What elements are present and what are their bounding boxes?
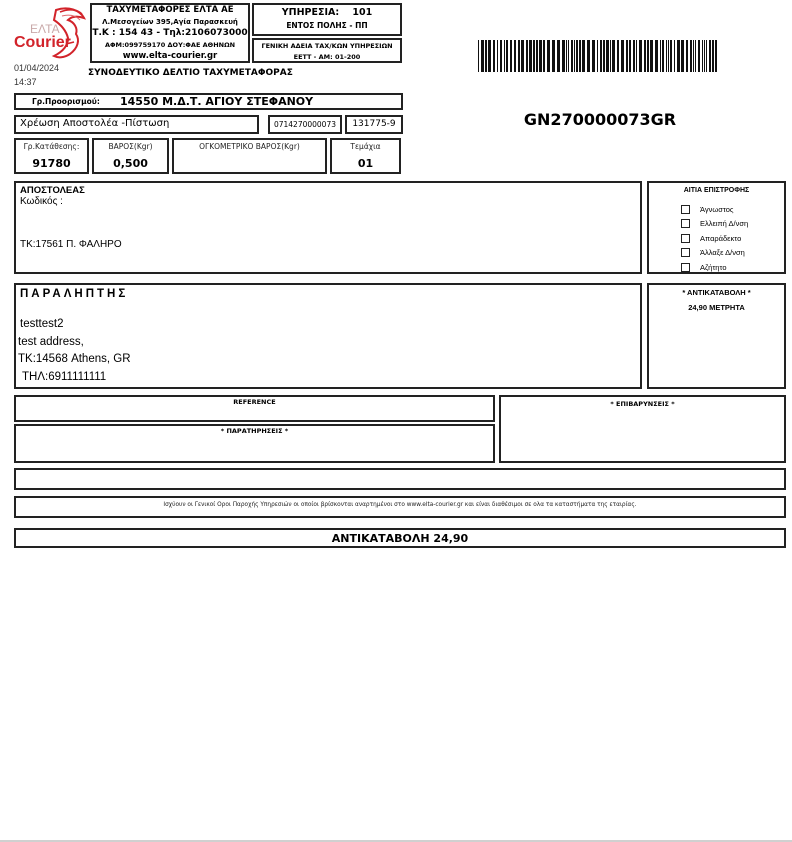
recipient-postal: ΤΚ:14568 Athens, GR — [18, 352, 131, 366]
reference-box: REFERENCE — [14, 395, 495, 422]
recipient-title: ΠΑΡΑΛΗΠΤΗΣ — [20, 288, 128, 300]
return-reasons-box: ΑΙΤΙΑ ΕΠΙΣΤΡΟΦΗΣ ΆγνωστοςΕλλειπή Δ/νσηΑπ… — [647, 181, 786, 274]
recipient-phone: ΤΗΛ:6911111111 — [22, 370, 106, 384]
return-reason-item[interactable]: Άγνωστος — [681, 203, 734, 215]
notes-box: * ΠΑΡΑΤΗΡΗΣΕΙΣ * — [14, 424, 495, 463]
company-name: ΤΑΧΥΜΕΤΑΦΟΡΕΣ ΕΛΤΑ ΑΕ — [92, 5, 248, 17]
return-reason-label: Άγνωστος — [700, 205, 734, 214]
recipient-address: test address, — [18, 335, 84, 349]
barcode — [476, 40, 720, 72]
return-reason-item[interactable]: Ελλειπή Δ/νση — [681, 218, 748, 230]
tracking-number: GN270000073GR — [470, 110, 730, 129]
service-number: 101 — [352, 7, 372, 18]
deposit-office-label: Γρ.Κατάθεσης: — [16, 142, 87, 151]
license-line2: ΕΕΤΤ - ΑΜ: 01-200 — [254, 52, 400, 63]
license-box: ΓΕΝΙΚΗ ΑΔΕΙΑ ΤΑΧ/ΚΩΝ ΥΠΗΡΕΣΙΩΝ ΕΕΤΤ - ΑΜ… — [252, 38, 402, 63]
checkbox-icon[interactable] — [681, 234, 690, 243]
blank-row — [14, 468, 786, 490]
company-info-box: ΤΑΧΥΜΕΤΑΦΟΡΕΣ ΕΛΤΑ ΑΕ Λ.Μεσογείων 395,Αγ… — [90, 3, 250, 63]
elta-courier-logo: ΕΛΤΑ Courier — [8, 4, 88, 60]
volumetric-weight-label: ΟΓΚΟΜΕΤΡΙΚΟ ΒΑΡΟΣ(Kgr) — [174, 142, 325, 151]
customer-code: 131775-9 — [345, 115, 403, 134]
terms-text: Ισχύουν οι Γενικοί Οροι Παροχής Υπηρεσιώ… — [14, 496, 786, 518]
return-reason-label: Απαράδεκτο — [700, 234, 741, 243]
checkbox-icon[interactable] — [681, 248, 690, 257]
return-reason-label: Άλλαξε Δ/νση — [700, 248, 745, 257]
checkbox-icon[interactable] — [681, 205, 690, 214]
sender-address-line: ΤΚ:17561 Π. ΦΑΛΗΡΟ — [20, 239, 122, 250]
cod-title: * ΑΝΤΙΚΑΤΑΒΟΛΗ * — [649, 288, 784, 297]
sender-box: ΑΠΟΣΤΟΛΕΑΣ Κωδικός : ΤΚ:17561 Π. ΦΑΛΗΡΟ — [14, 181, 642, 274]
company-website: www.elta-courier.gr — [92, 51, 248, 63]
weight-cell: ΒΑΡΟΣ(Kgr) 0,500 — [92, 138, 169, 174]
checkbox-icon[interactable] — [681, 219, 690, 228]
cod-box: * ΑΝΤΙΚΑΤΑΒΟΛΗ * 24,90 ΜΕΤΡΗΤΑ — [647, 283, 786, 389]
deposit-office-value: 91780 — [16, 157, 87, 170]
account-number: 0714270000073 — [268, 115, 342, 134]
return-reasons-title: ΑΙΤΙΑ ΕΠΙΣΤΡΟΦΗΣ — [649, 187, 784, 194]
cod-total: ΑΝΤΙΚΑΤΑΒΟΛΗ 24,90 — [14, 528, 786, 548]
sender-code-label: Κωδικός : — [20, 196, 636, 207]
logo-courier-text: Courier — [14, 34, 71, 52]
recipient-name: testtest2 — [20, 317, 63, 331]
return-reason-label: Ελλειπή Δ/νση — [700, 219, 748, 228]
weight-label: ΒΑΡΟΣ(Kgr) — [94, 142, 167, 151]
destination-box: Γρ.Προορισμού: 14550 Μ.Δ.Τ. ΑΓΙΟΥ ΣΤΕΦΑΝ… — [14, 93, 403, 110]
weight-value: 0,500 — [94, 157, 167, 170]
return-reason-label: Αζήτητο — [700, 263, 727, 272]
cod-value: 24,90 ΜΕΤΡΗΤΑ — [649, 303, 784, 312]
sender-title: ΑΠΟΣΤΟΛΕΑΣ — [20, 185, 636, 196]
destination-label: Γρ.Προορισμού: — [32, 97, 100, 106]
print-time: 14:37 — [14, 77, 37, 87]
return-reason-item[interactable]: Απαράδεκτο — [681, 232, 741, 244]
surcharges-box: * ΕΠΙΒΑΡΥΝΣΕΙΣ * — [499, 395, 786, 463]
company-tax-id: ΑΦΜ:099759170 ΔΟΥ:ΦΑΕ ΑΘΗΝΩΝ — [92, 40, 248, 52]
surcharges-title: * ΕΠΙΒΑΡΥΝΣΕΙΣ * — [501, 400, 784, 408]
pieces-cell: Τεμάχια 01 — [330, 138, 401, 174]
return-reason-item[interactable]: Αζήτητο — [681, 261, 727, 273]
print-date: 01/04/2024 — [14, 63, 59, 73]
checkbox-icon[interactable] — [681, 263, 690, 272]
document-title: ΣΥΝΟΔΕΥΤΙΚΟ ΔΕΛΤΙΟ ΤΑΧΥΜΕΤΑΦΟΡΑΣ — [88, 68, 293, 78]
recipient-box: ΠΑΡΑΛΗΠΤΗΣ testtest2 test address, ΤΚ:14… — [14, 283, 642, 389]
notes-title: * ΠΑΡΑΤΗΡΗΣΕΙΣ * — [16, 427, 493, 435]
pieces-value: 01 — [332, 157, 399, 170]
deposit-office-cell: Γρ.Κατάθεσης: 91780 — [14, 138, 89, 174]
license-line1: ΓΕΝΙΚΗ ΑΔΕΙΑ ΤΑΧ/ΚΩΝ ΥΠΗΡΕΣΙΩΝ — [254, 41, 400, 52]
pieces-label: Τεμάχια — [332, 142, 399, 151]
return-reason-item[interactable]: Άλλαξε Δ/νση — [681, 247, 745, 259]
service-label: ΥΠΗΡΕΣΙΑ: — [282, 7, 339, 18]
charge-type: Χρέωση Αποστολέα -Πίστωση — [14, 115, 259, 134]
reference-title: REFERENCE — [16, 398, 493, 406]
company-postal-phone: Τ.Κ : 154 43 - Τηλ:2106073000 — [92, 28, 248, 40]
volumetric-weight-cell: ΟΓΚΟΜΕΤΡΙΚΟ ΒΑΡΟΣ(Kgr) — [172, 138, 327, 174]
service-name: ΕΝΤΟΣ ΠΟΛΗΣ - ΠΠ — [254, 21, 400, 30]
service-box: ΥΠΗΡΕΣΙΑ: 101 ΕΝΤΟΣ ΠΟΛΗΣ - ΠΠ — [252, 3, 402, 36]
company-address: Λ.Μεσογείων 395,Αγία Παρασκευή — [92, 17, 248, 29]
destination-value: 14550 Μ.Δ.Τ. ΑΓΙΟΥ ΣΤΕΦΑΝΟΥ — [120, 95, 313, 108]
